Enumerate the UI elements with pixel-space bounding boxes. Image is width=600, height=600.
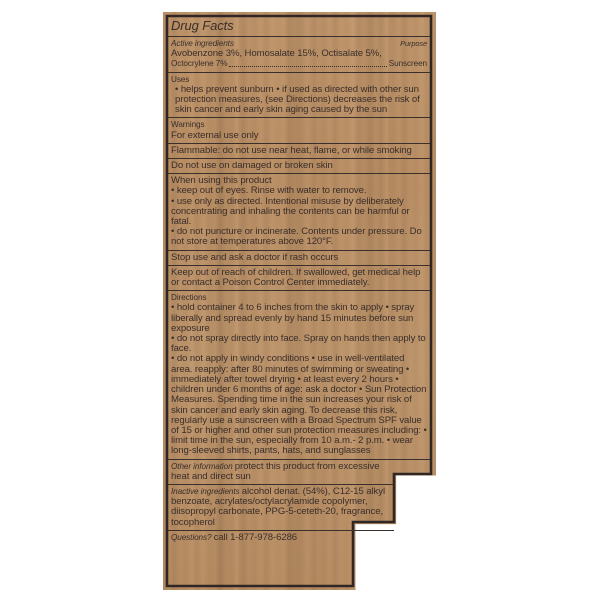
active-ingredients-line1: Avobenzone 3%, Homosalate 15%, Octisalat…: [171, 49, 427, 59]
when-using-section: When using this product • keep out of ey…: [168, 174, 430, 250]
active-ingredients-section: Active ingredients Purpose Avobenzone 3%…: [168, 37, 430, 73]
purpose-header: Purpose: [400, 39, 427, 49]
panel-title: Drug Facts: [168, 17, 430, 37]
drug-facts-panel: Drug Facts Active ingredients Purpose Av…: [168, 17, 430, 545]
questions-section: Questions? call 1-877-978-6286: [168, 531, 354, 545]
when-using-item: • use only as directed. Intentional misu…: [171, 197, 427, 228]
warnings-section: Warnings For external use only: [168, 118, 430, 143]
questions-phone: call 1-877-978-6286: [214, 532, 297, 543]
directions-item: • hold container 4 to 6 inches from the …: [171, 303, 427, 334]
warning-damaged-skin: Do not use on damaged or broken skin: [168, 159, 430, 174]
uses-section: Uses • helps prevent sunburn • if used a…: [168, 73, 430, 119]
other-information-section: Other information protect this product f…: [168, 460, 394, 485]
directions-item: • do not apply in windy conditions • use…: [171, 354, 427, 456]
warning-external: For external use only: [171, 131, 427, 141]
uses-text: • helps prevent sunburn • if used as dir…: [171, 85, 427, 116]
directions-section: Directions • hold container 4 to 6 inche…: [168, 291, 430, 459]
purpose-value: Sunscreen: [389, 59, 427, 69]
inactive-ingredients-section: Inactive ingredients alcohol denat. (54%…: [168, 485, 394, 531]
stop-use-section: Stop use and ask a doctor if rash occurs: [168, 251, 430, 266]
questions-header: Questions?: [171, 533, 211, 542]
directions-item: • do not spray directly into face. Spray…: [171, 334, 427, 354]
other-information-header: Other information: [171, 462, 233, 471]
when-using-item: • do not puncture or incinerate. Content…: [171, 227, 427, 247]
active-ingredients-line2: Octocrylene 7%: [171, 59, 227, 69]
warning-flammable: Flammable: do not use near heat, flame, …: [168, 144, 430, 159]
dot-leader: [229, 59, 386, 66]
inactive-ingredients-header: Inactive ingredients: [171, 487, 240, 496]
keep-out-of-reach-section: Keep out of reach of children. If swallo…: [168, 266, 430, 291]
